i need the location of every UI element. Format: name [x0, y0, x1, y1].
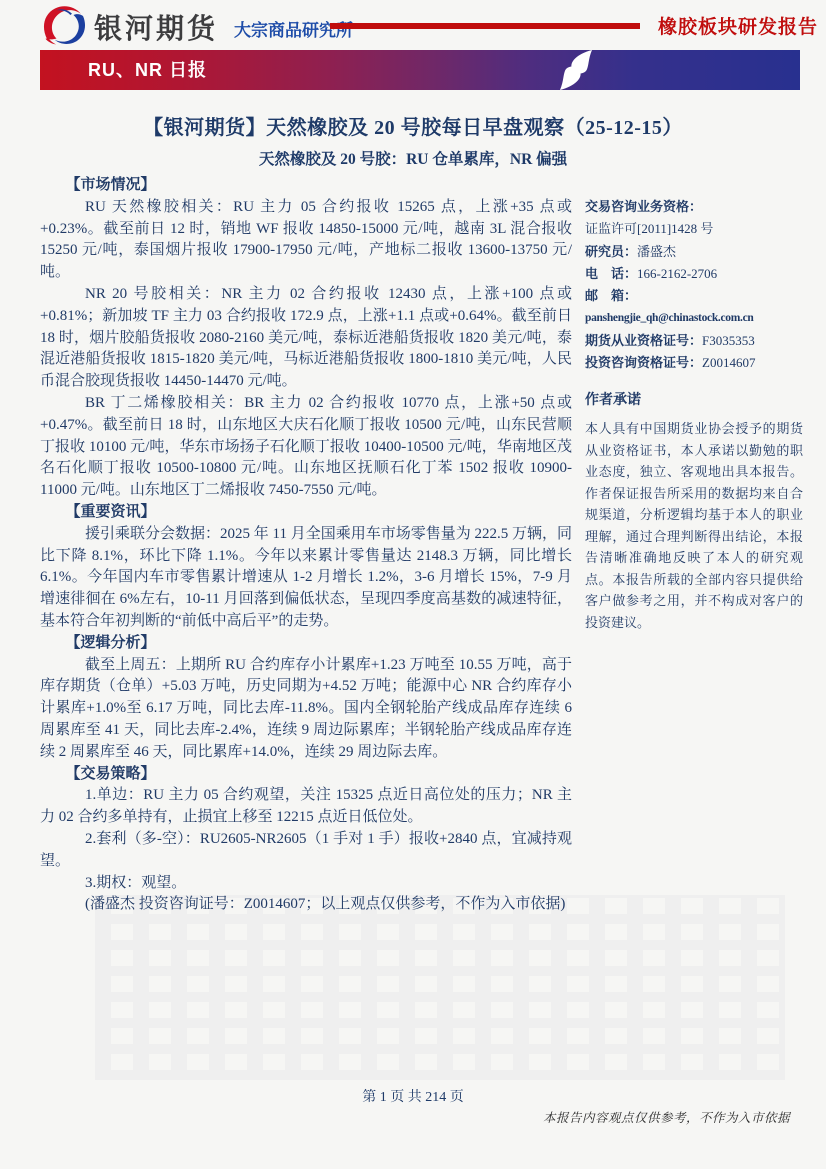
report-page: 银河期货 大宗商品研究所 橡胶板块研发报告 RU、NR 日报 【银河期货】天然橡… — [0, 0, 826, 1169]
banner-title: RU、NR 日报 — [88, 50, 207, 90]
page-number: 第 1 页 共 214 页 — [0, 1086, 826, 1106]
contact-sidebar: 交易咨询业务资格： 证监许可[2011]1428 号 研究员：潘盛杰 电 话：1… — [585, 196, 803, 374]
paragraph: RU 天然橡胶相关：RU 主力 05 合约报收 15265 点，上涨+35 点或… — [40, 197, 572, 284]
section-heading-logic: 【逻辑分析】 — [40, 633, 572, 655]
paragraph: NR 20 号胶相关：NR 主力 02 合约报收 12430 点，上涨+100 … — [40, 284, 572, 393]
qualification-value: 证监许可[2011]1428 号 — [585, 221, 713, 236]
paragraph: 援引乘联分会数据：2025 年 11 月全国乘用车市场零售量为 222.5 万辆… — [40, 524, 572, 633]
paragraph: 3.期权：观望。 — [40, 873, 572, 895]
advisory-cert-value: Z0014607 — [702, 355, 755, 370]
author-promise: 作者承诺 本人具有中国期货业协会授予的期货从业资格证书，本人承诺以勤勉的职业态度… — [585, 390, 803, 633]
paragraph: (潘盛杰 投资咨询证号：Z0014607；以上观点仅供参考，不作为入市依据) — [40, 894, 572, 916]
brand-name: 银河期货 — [94, 7, 218, 47]
researcher-name: 潘盛杰 — [637, 244, 676, 259]
header-divider — [330, 23, 640, 29]
phone-label: 电 话： — [585, 266, 637, 281]
page-title: 【银河期货】天然橡胶及 20 号胶每日早盘观察（25-12-15） — [0, 111, 826, 140]
email-label: 邮 箱： — [585, 288, 637, 303]
paragraph: 1.单边：RU 主力 05 合约观望，关注 15325 点近日高位处的压力；NR… — [40, 785, 572, 829]
paragraph: 2.套利（多-空）：RU2605-NR2605（1 手对 1 手）报收+2840… — [40, 829, 572, 873]
section-heading-market: 【市场情况】 — [40, 175, 572, 197]
report-tag: 橡胶板块研发报告 — [658, 12, 818, 39]
futures-cert-label: 期货从业资格证号： — [585, 333, 702, 348]
report-banner: RU、NR 日报 — [40, 50, 800, 90]
email-value: panshengjie_qh@chinastock.com.cn — [585, 307, 803, 329]
author-promise-title: 作者承诺 — [585, 390, 803, 412]
page-subtitle: 天然橡胶及 20 号胶：RU 仓单累库，NR 偏强 — [0, 147, 826, 169]
footer-disclaimer: 本报告内容观点仅供参考，不作为入市依据 — [543, 1108, 790, 1126]
background-watermark — [95, 895, 785, 1080]
phone-value: 166-2162-2706 — [637, 266, 717, 281]
paragraph: 截至上周五：上期所 RU 合约库存小计累库+1.23 万吨至 10.55 万吨，… — [40, 655, 572, 764]
qualification-label: 交易咨询业务资格： — [585, 199, 702, 214]
section-heading-strategy: 【交易策略】 — [40, 764, 572, 786]
section-heading-news: 【重要资讯】 — [40, 502, 572, 524]
report-body: 【市场情况】 RU 天然橡胶相关：RU 主力 05 合约报收 15265 点，上… — [40, 175, 572, 916]
advisory-cert-label: 投资咨询资格证号： — [585, 355, 702, 370]
banner-swoosh-icon — [558, 50, 594, 90]
paragraph: BR 丁二烯橡胶相关：BR 主力 02 合约报收 10770 点，上涨+50 点… — [40, 393, 572, 502]
researcher-label: 研究员： — [585, 244, 637, 259]
author-promise-text: 本人具有中国期货业协会授予的期货从业资格证书，本人承诺以勤勉的职业态度，独立、客… — [585, 418, 803, 633]
futures-cert-value: F3035353 — [702, 333, 755, 348]
galaxy-logo-icon — [42, 5, 88, 45]
